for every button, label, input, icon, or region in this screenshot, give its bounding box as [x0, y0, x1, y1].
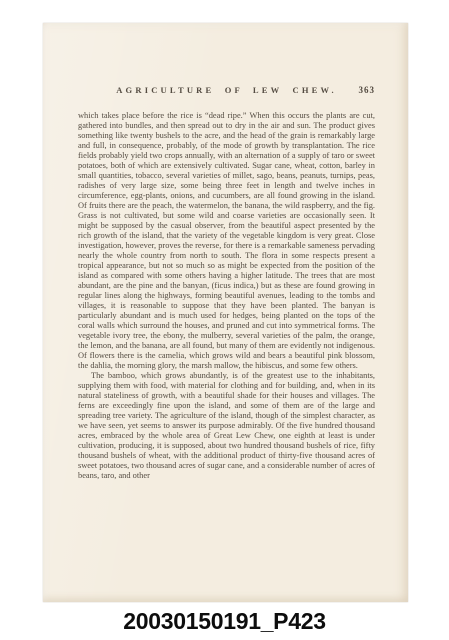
body-paragraph-2: The bamboo, which grows abundantly, is o… [78, 371, 375, 481]
book-page: AGRICULTURE OF LEW CHEW. 363 which takes… [43, 23, 408, 602]
body-text: which takes place before the rice is “de… [78, 111, 375, 481]
image-id-label: 20030150191_P423 [0, 606, 449, 636]
page-header-title: AGRICULTURE OF LEW CHEW. [78, 85, 375, 95]
scan-canvas: AGRICULTURE OF LEW CHEW. 363 which takes… [0, 0, 449, 640]
page-number: 363 [359, 85, 376, 95]
body-paragraph-1: which takes place before the rice is “de… [78, 111, 375, 371]
running-head: AGRICULTURE OF LEW CHEW. 363 [78, 85, 375, 97]
